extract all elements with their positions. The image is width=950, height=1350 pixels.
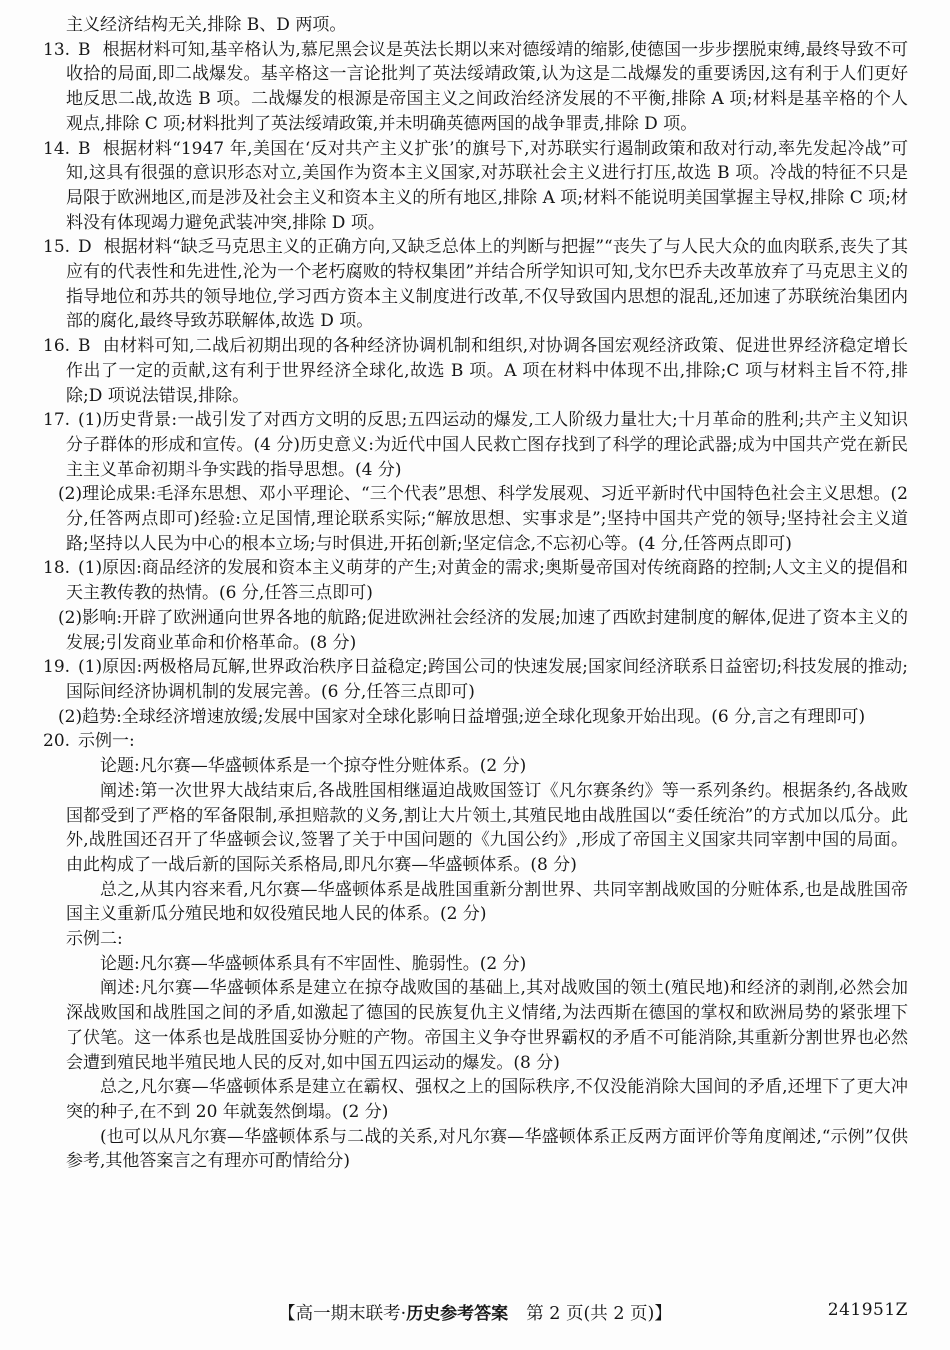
- answer-paragraph: 18.(1)原因:商品经济的发展和资本主义萌芽的产生;对黄金的需求;奥斯曼帝国对…: [66, 556, 908, 605]
- footer-subject-title: 历史参考答案: [406, 1304, 508, 1324]
- answer-text: (也可以从凡尔赛—华盛顿体系与二战的关系,对凡尔赛—华盛顿体系正反两方面评价等角…: [66, 1127, 908, 1172]
- answer-text: (2)趋势:全球经济增速放缓;发展中国家对全球化影响日益增强;逆全球化现象开始出…: [58, 707, 865, 727]
- answer-paragraph: 阐述:第一次世界大战结束后,各战胜国相继逼迫战败国签订《凡尔赛条约》等一系列条约…: [66, 779, 908, 878]
- answer-text: 阐述:第一次世界大战结束后,各战胜国相继逼迫战败国签订《凡尔赛条约》等一系列条约…: [66, 781, 908, 875]
- answer-paragraph: 17.(1)历史背景:一战引发了对西方文明的反思;五四运动的爆发,工人阶级力量壮…: [66, 408, 908, 482]
- answer-item: 主义经济结构无关,排除 B、D 两项。: [43, 13, 908, 38]
- answer-text: (1)历史背景:一战引发了对西方文明的反思;五四运动的爆发,工人阶级力量壮大;十…: [66, 410, 908, 479]
- answer-text: 阐述:凡尔赛—华盛顿体系是建立在掠夺战败国的基础上,其对战败国的领土(殖民地)和…: [66, 978, 908, 1072]
- answer-paragraph: 13.B根据材料可知,基辛格认为,慕尼黑会议是英法长期以来对德绥靖的缩影,使德国…: [66, 38, 908, 137]
- page-footer: 【高一期末联考·历史参考答案第 2 页(共 2 页)】 241951Z: [0, 1299, 950, 1327]
- answer-text: 示例二:: [66, 929, 123, 949]
- answer-letter: B: [78, 40, 91, 60]
- answer-paragraph: 主义经济结构无关,排除 B、D 两项。: [66, 13, 908, 38]
- answers-list: 主义经济结构无关,排除 B、D 两项。13.B根据材料可知,基辛格认为,慕尼黑会…: [43, 13, 908, 1174]
- question-number: 20.: [43, 731, 70, 751]
- answer-paragraph: 15.D根据材料“缺乏马克思主义的正确方向,又缺乏总体上的判断与把握”“丧失了与…: [66, 235, 908, 334]
- answer-letter: B: [78, 336, 91, 356]
- answer-item: 15.D根据材料“缺乏马克思主义的正确方向,又缺乏总体上的判断与把握”“丧失了与…: [43, 235, 908, 334]
- answer-text: 总之,从其内容来看,凡尔赛—华盛顿体系是战胜国重新分割世界、共同宰割战败国的分赃…: [66, 880, 908, 925]
- answer-text: 示例一:: [78, 731, 135, 751]
- question-number: 18.: [43, 558, 70, 578]
- answer-text: (2)理论成果:毛泽东思想、邓小平理论、“三个代表”思想、科学发展观、习近平新时…: [58, 484, 908, 553]
- answer-text: 论题:凡尔赛—华盛顿体系具有不牢固性、脆弱性。(2 分): [100, 954, 526, 974]
- answer-text: 根据材料“1947 年,美国在‘反对共产主义扩张’的旗号下,对苏联实行遏制政策和…: [66, 139, 908, 233]
- answer-item: 17.(1)历史背景:一战引发了对西方文明的反思;五四运动的爆发,工人阶级力量壮…: [43, 408, 908, 556]
- question-number: 19.: [43, 657, 70, 677]
- answer-text: 根据材料“缺乏马克思主义的正确方向,又缺乏总体上的判断与把握”“丧失了与人民大众…: [66, 237, 908, 331]
- answer-item: 18.(1)原因:商品经济的发展和资本主义萌芽的产生;对黄金的需求;奥斯曼帝国对…: [43, 556, 908, 655]
- answer-paragraph: (2)趋势:全球经济增速放缓;发展中国家对全球化影响日益增强;逆全球化现象开始出…: [66, 705, 908, 730]
- answer-paragraph: (也可以从凡尔赛—华盛顿体系与二战的关系,对凡尔赛—华盛顿体系正反两方面评价等角…: [66, 1125, 908, 1174]
- answer-paragraph: (2)理论成果:毛泽东思想、邓小平理论、“三个代表”思想、科学发展观、习近平新时…: [66, 482, 908, 556]
- answer-text: (1)原因:商品经济的发展和资本主义萌芽的产生;对黄金的需求;奥斯曼帝国对传统商…: [66, 558, 908, 603]
- footer-bracket-left: 【: [278, 1304, 296, 1324]
- question-number: 16.: [43, 336, 70, 356]
- answer-item: 13.B根据材料可知,基辛格认为,慕尼黑会议是英法长期以来对德绥靖的缩影,使德国…: [43, 38, 908, 137]
- answer-item: 20.示例一:论题:凡尔赛—华盛顿体系是一个掠夺性分赃体系。(2 分)阐述:第一…: [43, 729, 908, 1174]
- question-number: 13.: [43, 40, 70, 60]
- answer-text: 根据材料可知,基辛格认为,慕尼黑会议是英法长期以来对德绥靖的缩影,使德国一步步摆…: [66, 40, 908, 134]
- footer-title: 【高一期末联考·历史参考答案第 2 页(共 2 页)】: [120, 1299, 830, 1325]
- answer-item: 16.B由材料可知,二战后初期出现的各种经济协调机制和组织,对协调各国宏观经济政…: [43, 334, 908, 408]
- answer-text: (1)原因:两极格局瓦解,世界政治秩序日益稳定;跨国公司的快速发展;国家间经济联…: [66, 657, 908, 702]
- question-number: 14.: [43, 139, 70, 159]
- answer-text: 论题:凡尔赛—华盛顿体系是一个掠夺性分赃体系。(2 分): [100, 756, 526, 776]
- answer-item: 19.(1)原因:两极格局瓦解,世界政治秩序日益稳定;跨国公司的快速发展;国家间…: [43, 655, 908, 729]
- paper-code: 241951Z: [828, 1300, 908, 1320]
- answer-text: 总之,凡尔赛—华盛顿体系是建立在霸权、强权之上的国际秩序,不仅没能消除大国间的矛…: [66, 1077, 908, 1122]
- answer-paragraph: 总之,凡尔赛—华盛顿体系是建立在霸权、强权之上的国际秩序,不仅没能消除大国间的矛…: [66, 1075, 908, 1124]
- answer-paragraph: 示例二:: [66, 927, 908, 952]
- answer-paragraph: 总之,从其内容来看,凡尔赛—华盛顿体系是战胜国重新分割世界、共同宰割战败国的分赃…: [66, 878, 908, 927]
- footer-page-number: 第 2 页(共 2 页): [526, 1304, 654, 1324]
- answer-item: 14.B根据材料“1947 年,美国在‘反对共产主义扩张’的旗号下,对苏联实行遏…: [43, 137, 908, 236]
- question-number: 15.: [43, 237, 70, 257]
- question-number: 17.: [43, 410, 70, 430]
- answer-paragraph: 论题:凡尔赛—华盛顿体系是一个掠夺性分赃体系。(2 分): [66, 754, 908, 779]
- answer-paragraph: 14.B根据材料“1947 年,美国在‘反对共产主义扩张’的旗号下,对苏联实行遏…: [66, 137, 908, 236]
- answer-key-page: 主义经济结构无关,排除 B、D 两项。13.B根据材料可知,基辛格认为,慕尼黑会…: [0, 0, 950, 1350]
- answer-paragraph: 19.(1)原因:两极格局瓦解,世界政治秩序日益稳定;跨国公司的快速发展;国家间…: [66, 655, 908, 704]
- answer-paragraph: 20.示例一:: [66, 729, 908, 754]
- answer-paragraph: 16.B由材料可知,二战后初期出现的各种经济协调机制和组织,对协调各国宏观经济政…: [66, 334, 908, 408]
- answer-paragraph: (2)影响:开辟了欧洲通向世界各地的航路;促进欧洲社会经济的发展;加速了西欧封建…: [66, 606, 908, 655]
- answer-text: 由材料可知,二战后初期出现的各种经济协调机制和组织,对协调各国宏观经济政策、促进…: [66, 336, 908, 405]
- answer-paragraph: 阐述:凡尔赛—华盛顿体系是建立在掠夺战败国的基础上,其对战败国的领土(殖民地)和…: [66, 976, 908, 1075]
- footer-bracket-right: 】: [654, 1304, 672, 1324]
- answer-text: 主义经济结构无关,排除 B、D 两项。: [66, 15, 346, 35]
- answer-text: (2)影响:开辟了欧洲通向世界各地的航路;促进欧洲社会经济的发展;加速了西欧封建…: [58, 608, 908, 653]
- footer-exam-title: 高一期末联考: [296, 1304, 401, 1324]
- answer-letter: D: [78, 237, 92, 257]
- answer-paragraph: 论题:凡尔赛—华盛顿体系具有不牢固性、脆弱性。(2 分): [66, 952, 908, 977]
- answer-letter: B: [78, 139, 91, 159]
